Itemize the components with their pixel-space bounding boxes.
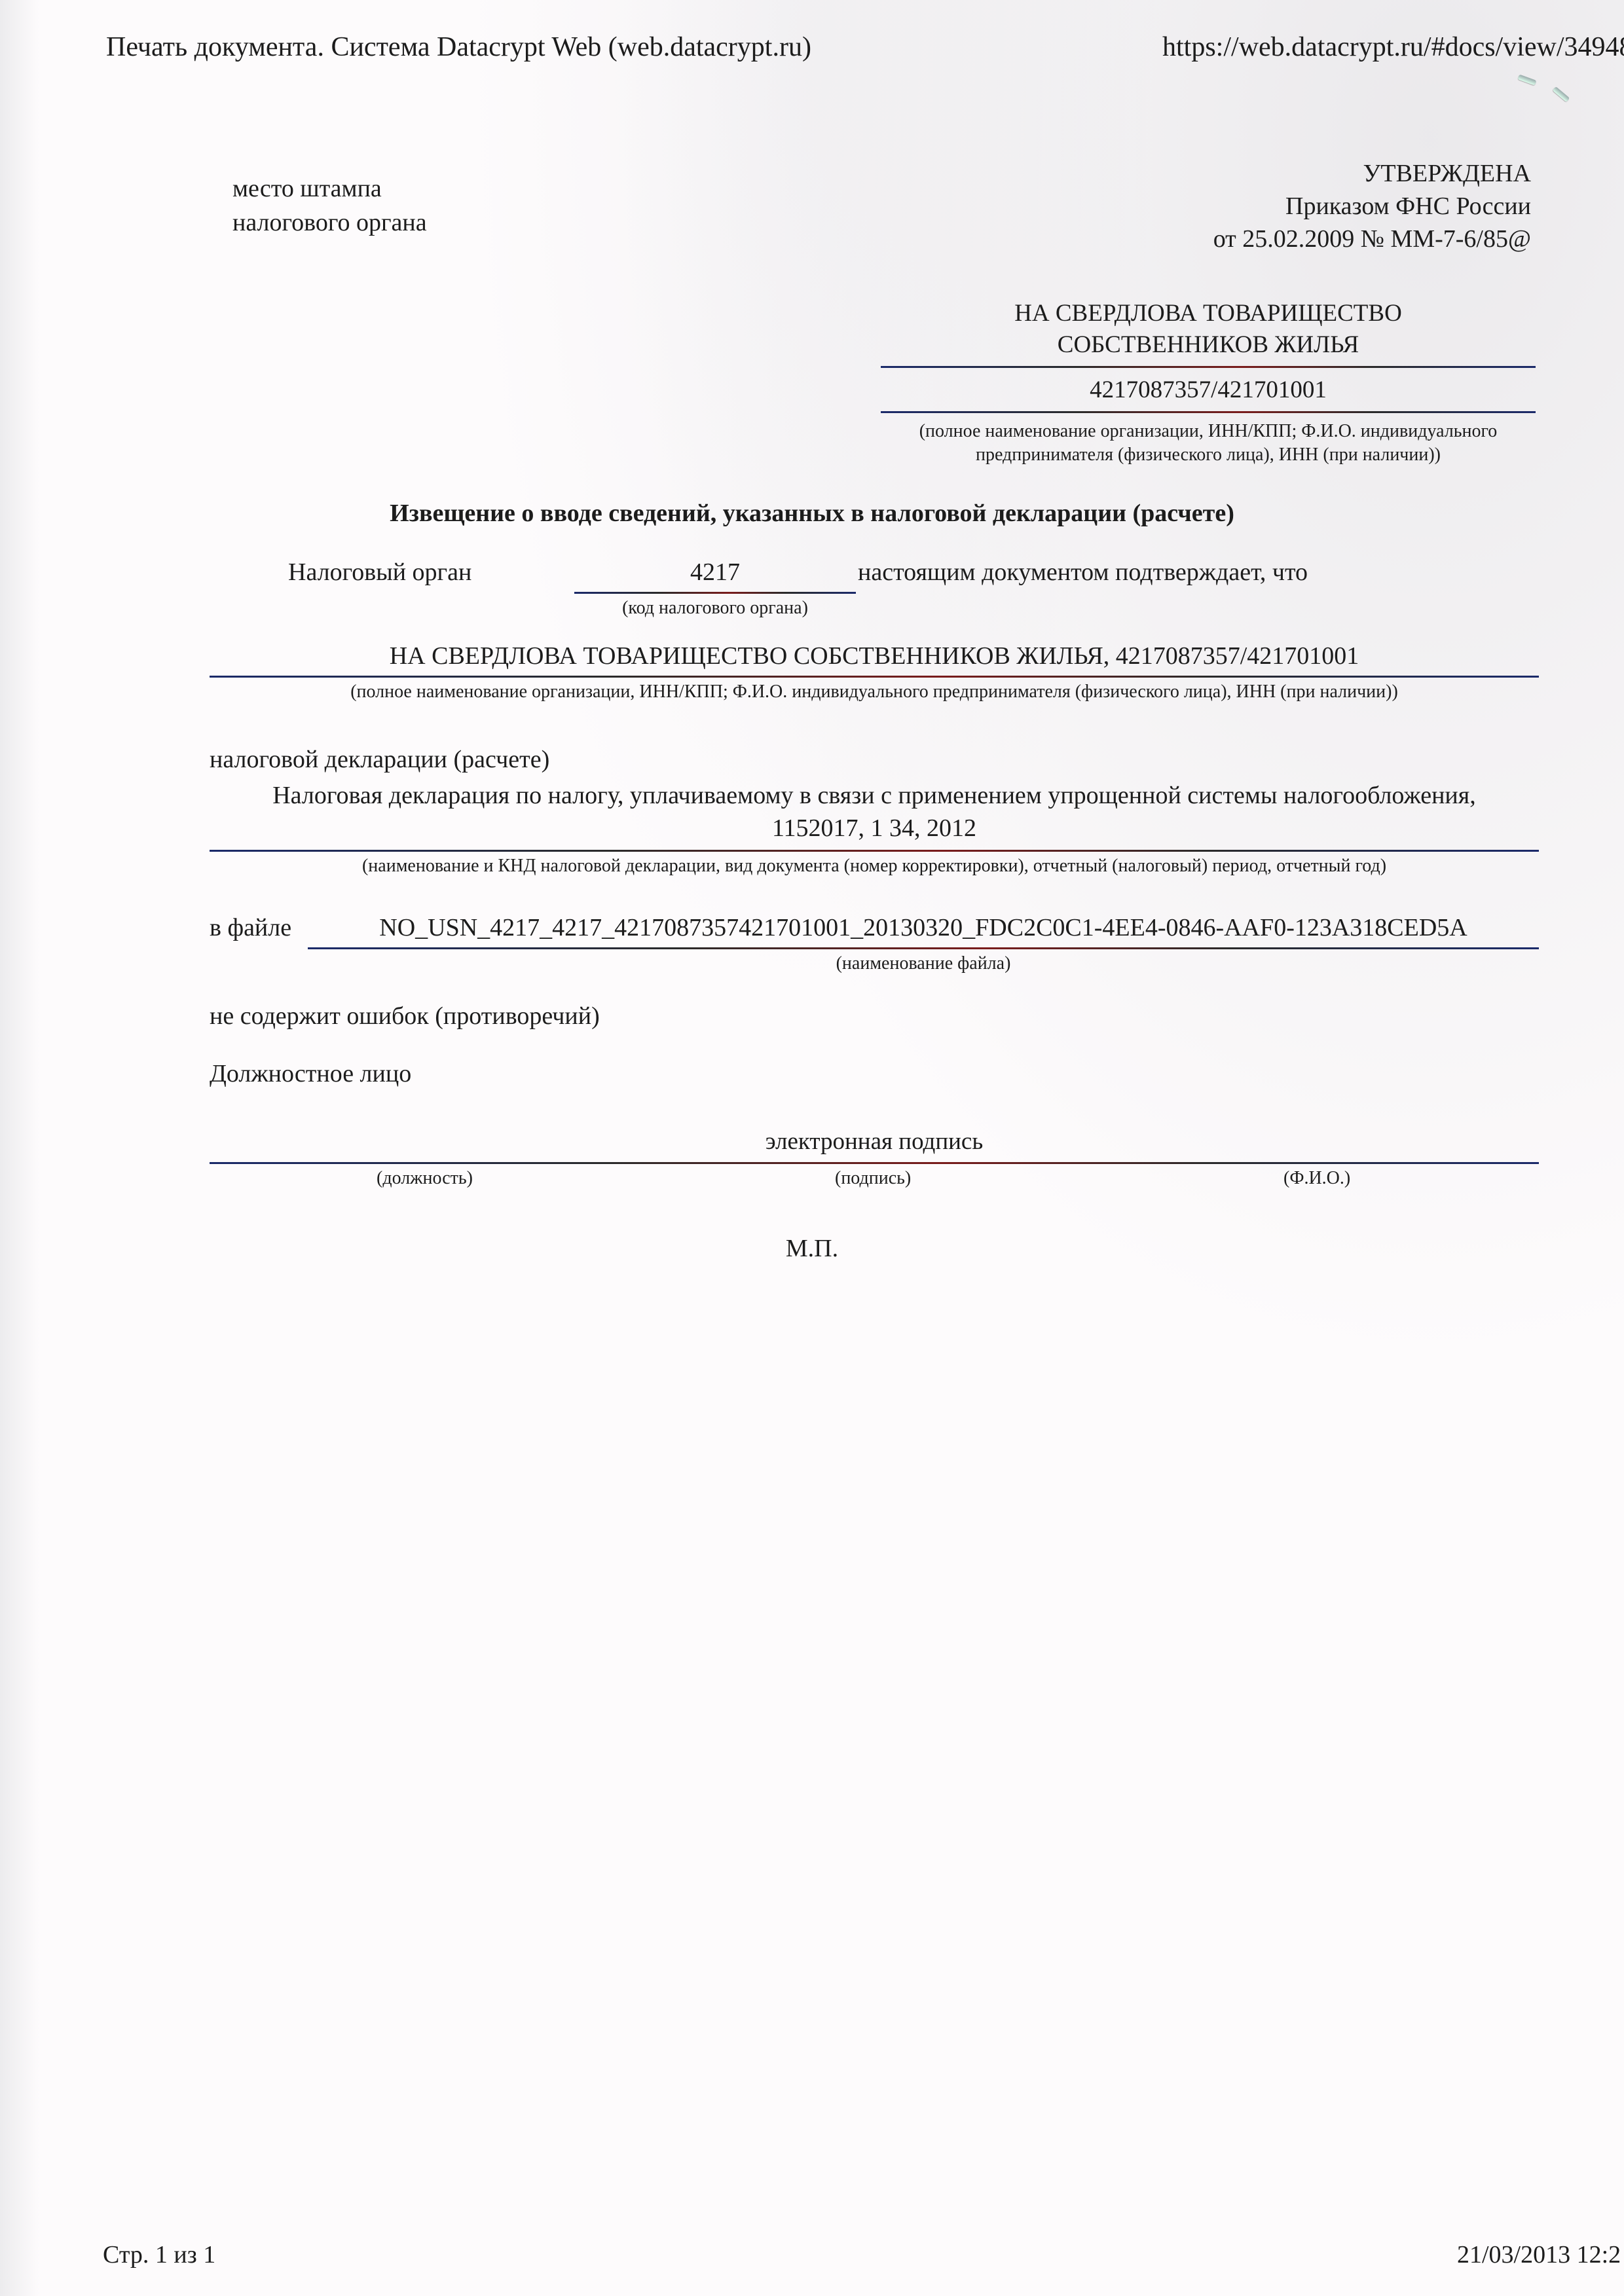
field-underline xyxy=(574,592,856,594)
approval-line: Приказом ФНС России xyxy=(1213,190,1531,223)
signature-block: электронная подпись (должность) (подпись… xyxy=(210,1127,1539,1194)
declaration-value: 1152017, 1 34, 2012 xyxy=(210,812,1539,845)
tax-authority-label: Налоговый орган xyxy=(288,558,471,587)
tax-authority-code: 4217 xyxy=(574,558,856,587)
field-underline xyxy=(308,947,1539,949)
tax-authority-confirms: настоящим документом подтверждает, что xyxy=(858,558,1308,587)
print-header-url: https://web.datacrypt.ru/#docs/view/3494… xyxy=(1162,31,1624,63)
file-field: NO_USN_4217_4217_4217087357421701001_201… xyxy=(308,913,1539,974)
declaration-label: налоговой декларации (расчете) xyxy=(210,745,549,774)
taxpayer-hint: (полное наименование организации, ИНН/КП… xyxy=(210,682,1539,702)
field-underline xyxy=(210,850,1539,852)
stamp-place: место штампа налогового органа xyxy=(232,172,427,240)
staple-mark xyxy=(1517,74,1536,85)
recipient-block: НА СВЕРДЛОВА ТОВАРИЩЕСТВО СОБСТВЕННИКОВ … xyxy=(881,298,1536,467)
signature-hint: (подпись) xyxy=(835,1168,911,1189)
signature-hints: (должность) (подпись) (Ф.И.О.) xyxy=(210,1168,1539,1194)
paper-edge xyxy=(0,0,39,2296)
result-text: не содержит ошибок (противоречий) xyxy=(210,1002,600,1030)
signature-underline xyxy=(210,1162,1539,1164)
declaration-value: Налоговая декларация по налогу, уплачива… xyxy=(210,779,1539,812)
recipient-hint: (полное наименование организации, ИНН/КП… xyxy=(881,420,1536,467)
document-title: Извещение о вводе сведений, указанных в … xyxy=(0,499,1624,528)
print-header-title: Печать документа. Система Datacrypt Web … xyxy=(106,31,811,63)
tax-authority-code-hint: (код налогового органа) xyxy=(574,598,856,619)
staple-mark xyxy=(1553,86,1570,102)
page-counter: Стр. 1 из 1 xyxy=(103,2240,215,2269)
approval-line: УТВЕРЖДЕНА xyxy=(1213,157,1531,190)
field-underline xyxy=(881,411,1536,413)
signature-value: электронная подпись xyxy=(210,1127,1539,1156)
seal-place: М.П. xyxy=(0,1234,1624,1263)
field-underline xyxy=(881,366,1536,368)
approval-block: УТВЕРЖДЕНА Приказом ФНС России от 25.02.… xyxy=(1213,157,1531,255)
taxpayer-field: НА СВЕРДЛОВА ТОВАРИЩЕСТВО СОБСТВЕННИКОВ … xyxy=(210,642,1539,702)
declaration-field: Налоговая декларация по налогу, уплачива… xyxy=(210,779,1539,877)
declaration-hint: (наименование и КНД налоговой декларации… xyxy=(210,856,1539,877)
file-hint: (наименование файла) xyxy=(308,953,1539,974)
stamp-place-line: налогового органа xyxy=(232,206,427,240)
approval-line: от 25.02.2009 № ММ-7-6/85@ xyxy=(1213,223,1531,255)
file-label: в файле xyxy=(210,913,291,942)
stamp-place-line: место штампа xyxy=(232,172,427,206)
position-hint: (должность) xyxy=(377,1168,473,1189)
tax-authority-code-field: 4217 (код налогового органа) xyxy=(574,558,856,619)
recipient-inn-kpp: 4217087357/421701001 xyxy=(881,374,1536,406)
print-datetime: 21/03/2013 12:2 xyxy=(1457,2240,1621,2269)
taxpayer-value: НА СВЕРДЛОВА ТОВАРИЩЕСТВО СОБСТВЕННИКОВ … xyxy=(210,642,1539,670)
name-hint: (Ф.И.О.) xyxy=(1283,1168,1350,1189)
recipient-name: СОБСТВЕННИКОВ ЖИЛЬЯ xyxy=(881,329,1536,361)
file-name: NO_USN_4217_4217_4217087357421701001_201… xyxy=(308,913,1539,942)
official-label: Должностное лицо xyxy=(210,1059,411,1088)
field-underline xyxy=(210,676,1539,678)
recipient-name: НА СВЕРДЛОВА ТОВАРИЩЕСТВО xyxy=(881,298,1536,329)
